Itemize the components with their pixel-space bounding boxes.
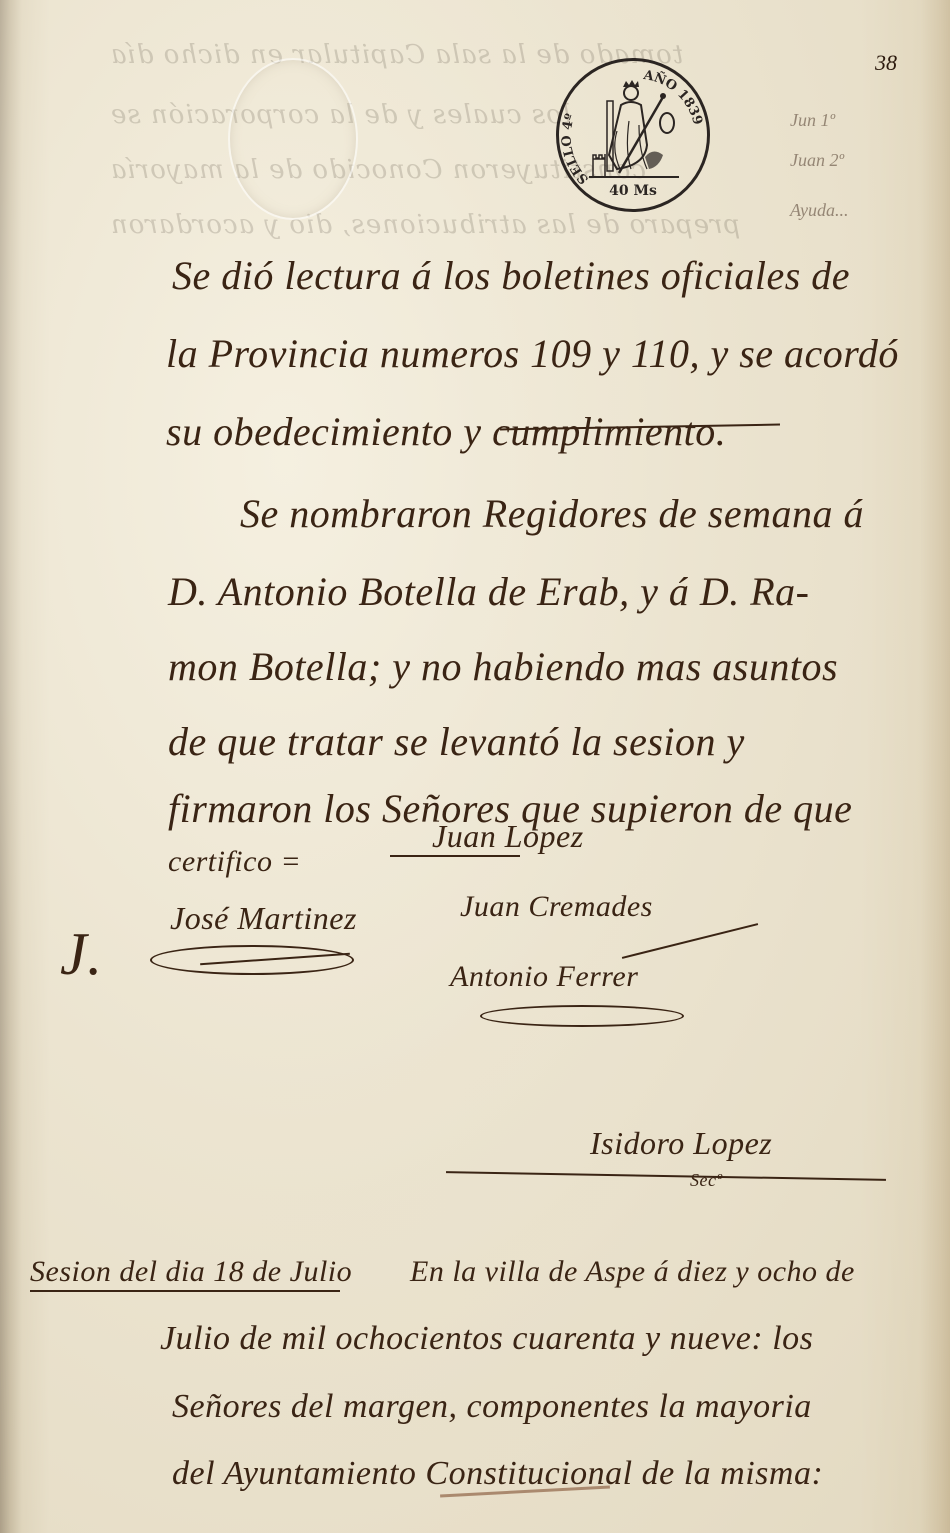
- text-line: Se nombraron Regidores de semana á: [240, 490, 864, 537]
- session-text-line: del Ayuntamiento Constitucional de la mi…: [172, 1455, 823, 1493]
- text-line: Se dió lectura á los boletines oficiales…: [172, 252, 850, 299]
- text-line: su obedecimiento y cumplimiento.: [166, 408, 726, 455]
- text-line: mon Botella; y no habiendo mas asuntos: [168, 643, 838, 690]
- signature-antonio-ferrer: Antonio Ferrer: [450, 960, 638, 994]
- bleed-through-line: preparo de las atribuciones, dio y acord…: [110, 210, 740, 240]
- signature-rubric: [446, 1171, 886, 1181]
- text-line: D. Antonio Botella de Erab, y á D. Ra-: [168, 568, 810, 615]
- session-heading: Sesion del dia 18 de Julio: [30, 1255, 352, 1289]
- heading-underline: [30, 1290, 340, 1292]
- signature-secretary: Isidoro Lopez: [590, 1125, 772, 1162]
- signature-juan-lopez: Juan Lopez: [432, 818, 584, 855]
- secretary-title: Secº: [690, 1170, 723, 1191]
- stamp-sello-text: SELLO 4º: [559, 112, 591, 187]
- stamp-value: 40 Ms: [559, 183, 707, 199]
- svg-text:SELLO 4º: SELLO 4º: [559, 112, 591, 187]
- signature-jose-martinez: José Martinez: [170, 900, 357, 937]
- signature-rubric: [480, 1005, 684, 1027]
- margin-note: Ayuda...: [790, 200, 849, 221]
- tax-stamp: SELLO 4º AÑO 1839 40 Ms: [556, 58, 710, 212]
- margin-note: Jun 1º: [790, 110, 835, 131]
- signature-rubric: [622, 923, 758, 959]
- margin-note: Juan 2º: [790, 150, 844, 171]
- folio-number: 38: [875, 50, 897, 76]
- session-text-line: En la villa de Aspe á diez y ocho de: [410, 1255, 855, 1289]
- embossed-seal: [228, 58, 358, 220]
- signature-juan-cremades: Juan Cremades: [460, 890, 653, 924]
- text-line: la Provincia numeros 109 y 110, y se aco…: [166, 330, 899, 377]
- manuscript-page: tomado de la sala Capitular en dicho día…: [0, 0, 950, 1533]
- text-line: de que tratar se levantó la sesion y: [168, 718, 745, 765]
- session-text-line: Julio de mil ochocientos cuarenta y nuev…: [160, 1320, 813, 1358]
- signature-rubric: [390, 855, 520, 857]
- session-text-line: Señores del margen, componentes la mayor…: [172, 1388, 812, 1426]
- text-line: certifico =: [168, 845, 301, 879]
- signature-initial: J.: [60, 920, 103, 989]
